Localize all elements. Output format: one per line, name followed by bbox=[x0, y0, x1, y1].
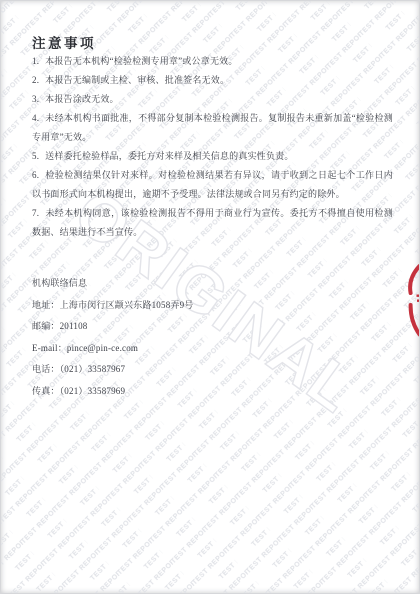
page-title: 注意事项 bbox=[32, 32, 96, 52]
notice-item: 4.未经本机构书面批准，不得部分复制本检验检测报告。复制报告未重新加盖“检验检测… bbox=[32, 109, 393, 147]
item-number: 5. bbox=[32, 151, 39, 161]
contact-block: 机构联络信息 地址：上海市闵行区颛兴东路1058弄9号 邮编：201108 E-… bbox=[32, 273, 393, 403]
notice-item: 1.本报告无本机构“检验检测专用章”或公章无效。 bbox=[32, 52, 393, 71]
item-text: 检验检测结果仅针对来样。对检验检测结果若有异议，请于收到之日起七个工作日内以书面… bbox=[32, 170, 393, 199]
contact-line-address: 地址：上海市闵行区颛兴东路1058弄9号 bbox=[32, 295, 393, 317]
contact-label: 电话： bbox=[32, 364, 60, 374]
contact-heading: 机构联络信息 bbox=[32, 273, 393, 295]
contact-label: 传真： bbox=[32, 386, 60, 396]
item-text: 本报告涂改无效。 bbox=[45, 94, 119, 104]
item-number: 3. bbox=[32, 94, 39, 104]
notice-item: 2.本报告无编制或主检、审核、批准签名无效。 bbox=[32, 71, 393, 90]
contact-label: E-mail： bbox=[32, 343, 67, 353]
notice-item: 6.检验检测结果仅针对来样。对检验检测结果若有异议，请于收到之日起七个工作日内以… bbox=[32, 166, 393, 204]
notice-list: 1.本报告无本机构“检验检测专用章”或公章无效。 2.本报告无编制或主检、审核、… bbox=[32, 52, 393, 242]
contact-value: （021）33587967 bbox=[60, 364, 126, 374]
notice-item: 5.送样委托检验样品，委托方对来样及相关信息的真实性负责。 bbox=[32, 147, 393, 166]
item-text: 本报告无本机构“检验检测专用章”或公章无效。 bbox=[45, 56, 237, 66]
item-text: 送样委托检验样品，委托方对来样及相关信息的真实性负责。 bbox=[45, 151, 293, 161]
contact-line-postcode: 邮编：201108 bbox=[32, 316, 393, 338]
item-text: 本报告无编制或主检、审核、批准签名无效。 bbox=[45, 75, 229, 85]
item-number: 6. bbox=[32, 170, 39, 180]
contact-value: 上海市闵行区颛兴东路1058弄9号 bbox=[60, 300, 194, 310]
contact-label: 邮编： bbox=[32, 321, 60, 331]
scanned-report-page: TEST REPORT TEST REPORT ORIGINAL 注意事项 1.… bbox=[0, 0, 420, 594]
contact-value: pince@pin-ce.com bbox=[67, 343, 138, 353]
item-text: 未经本机构同意，该检验检测报告不得用于商业行为宣传。委托方不得擅自使用检测数据、… bbox=[32, 208, 393, 237]
notice-item: 3.本报告涂改无效。 bbox=[32, 90, 393, 109]
contact-value: （021）33587969 bbox=[60, 386, 126, 396]
item-number: 1. bbox=[32, 56, 39, 66]
contact-line-fax: 传真：（021）33587969 bbox=[32, 381, 393, 403]
item-text: 未经本机构书面批准，不得部分复制本检验检测报告。复制报告未重新加盖“检验检测专用… bbox=[32, 113, 393, 142]
item-number: 2. bbox=[32, 75, 39, 85]
contact-label: 地址： bbox=[32, 300, 60, 310]
item-number: 7. bbox=[32, 208, 39, 218]
contact-value: 201108 bbox=[60, 321, 88, 331]
notice-item: 7.未经本机构同意，该检验检测报告不得用于商业行为宣传。委托方不得擅自使用检测数… bbox=[32, 204, 393, 242]
page-content: 注意事项 1.本报告无本机构“检验检测专用章”或公章无效。 2.本报告无编制或主… bbox=[1, 1, 420, 594]
contact-line-email: E-mail：pince@pin-ce.com bbox=[32, 338, 393, 360]
contact-line-phone: 电话：（021）33587967 bbox=[32, 359, 393, 381]
item-number: 4. bbox=[32, 113, 39, 123]
